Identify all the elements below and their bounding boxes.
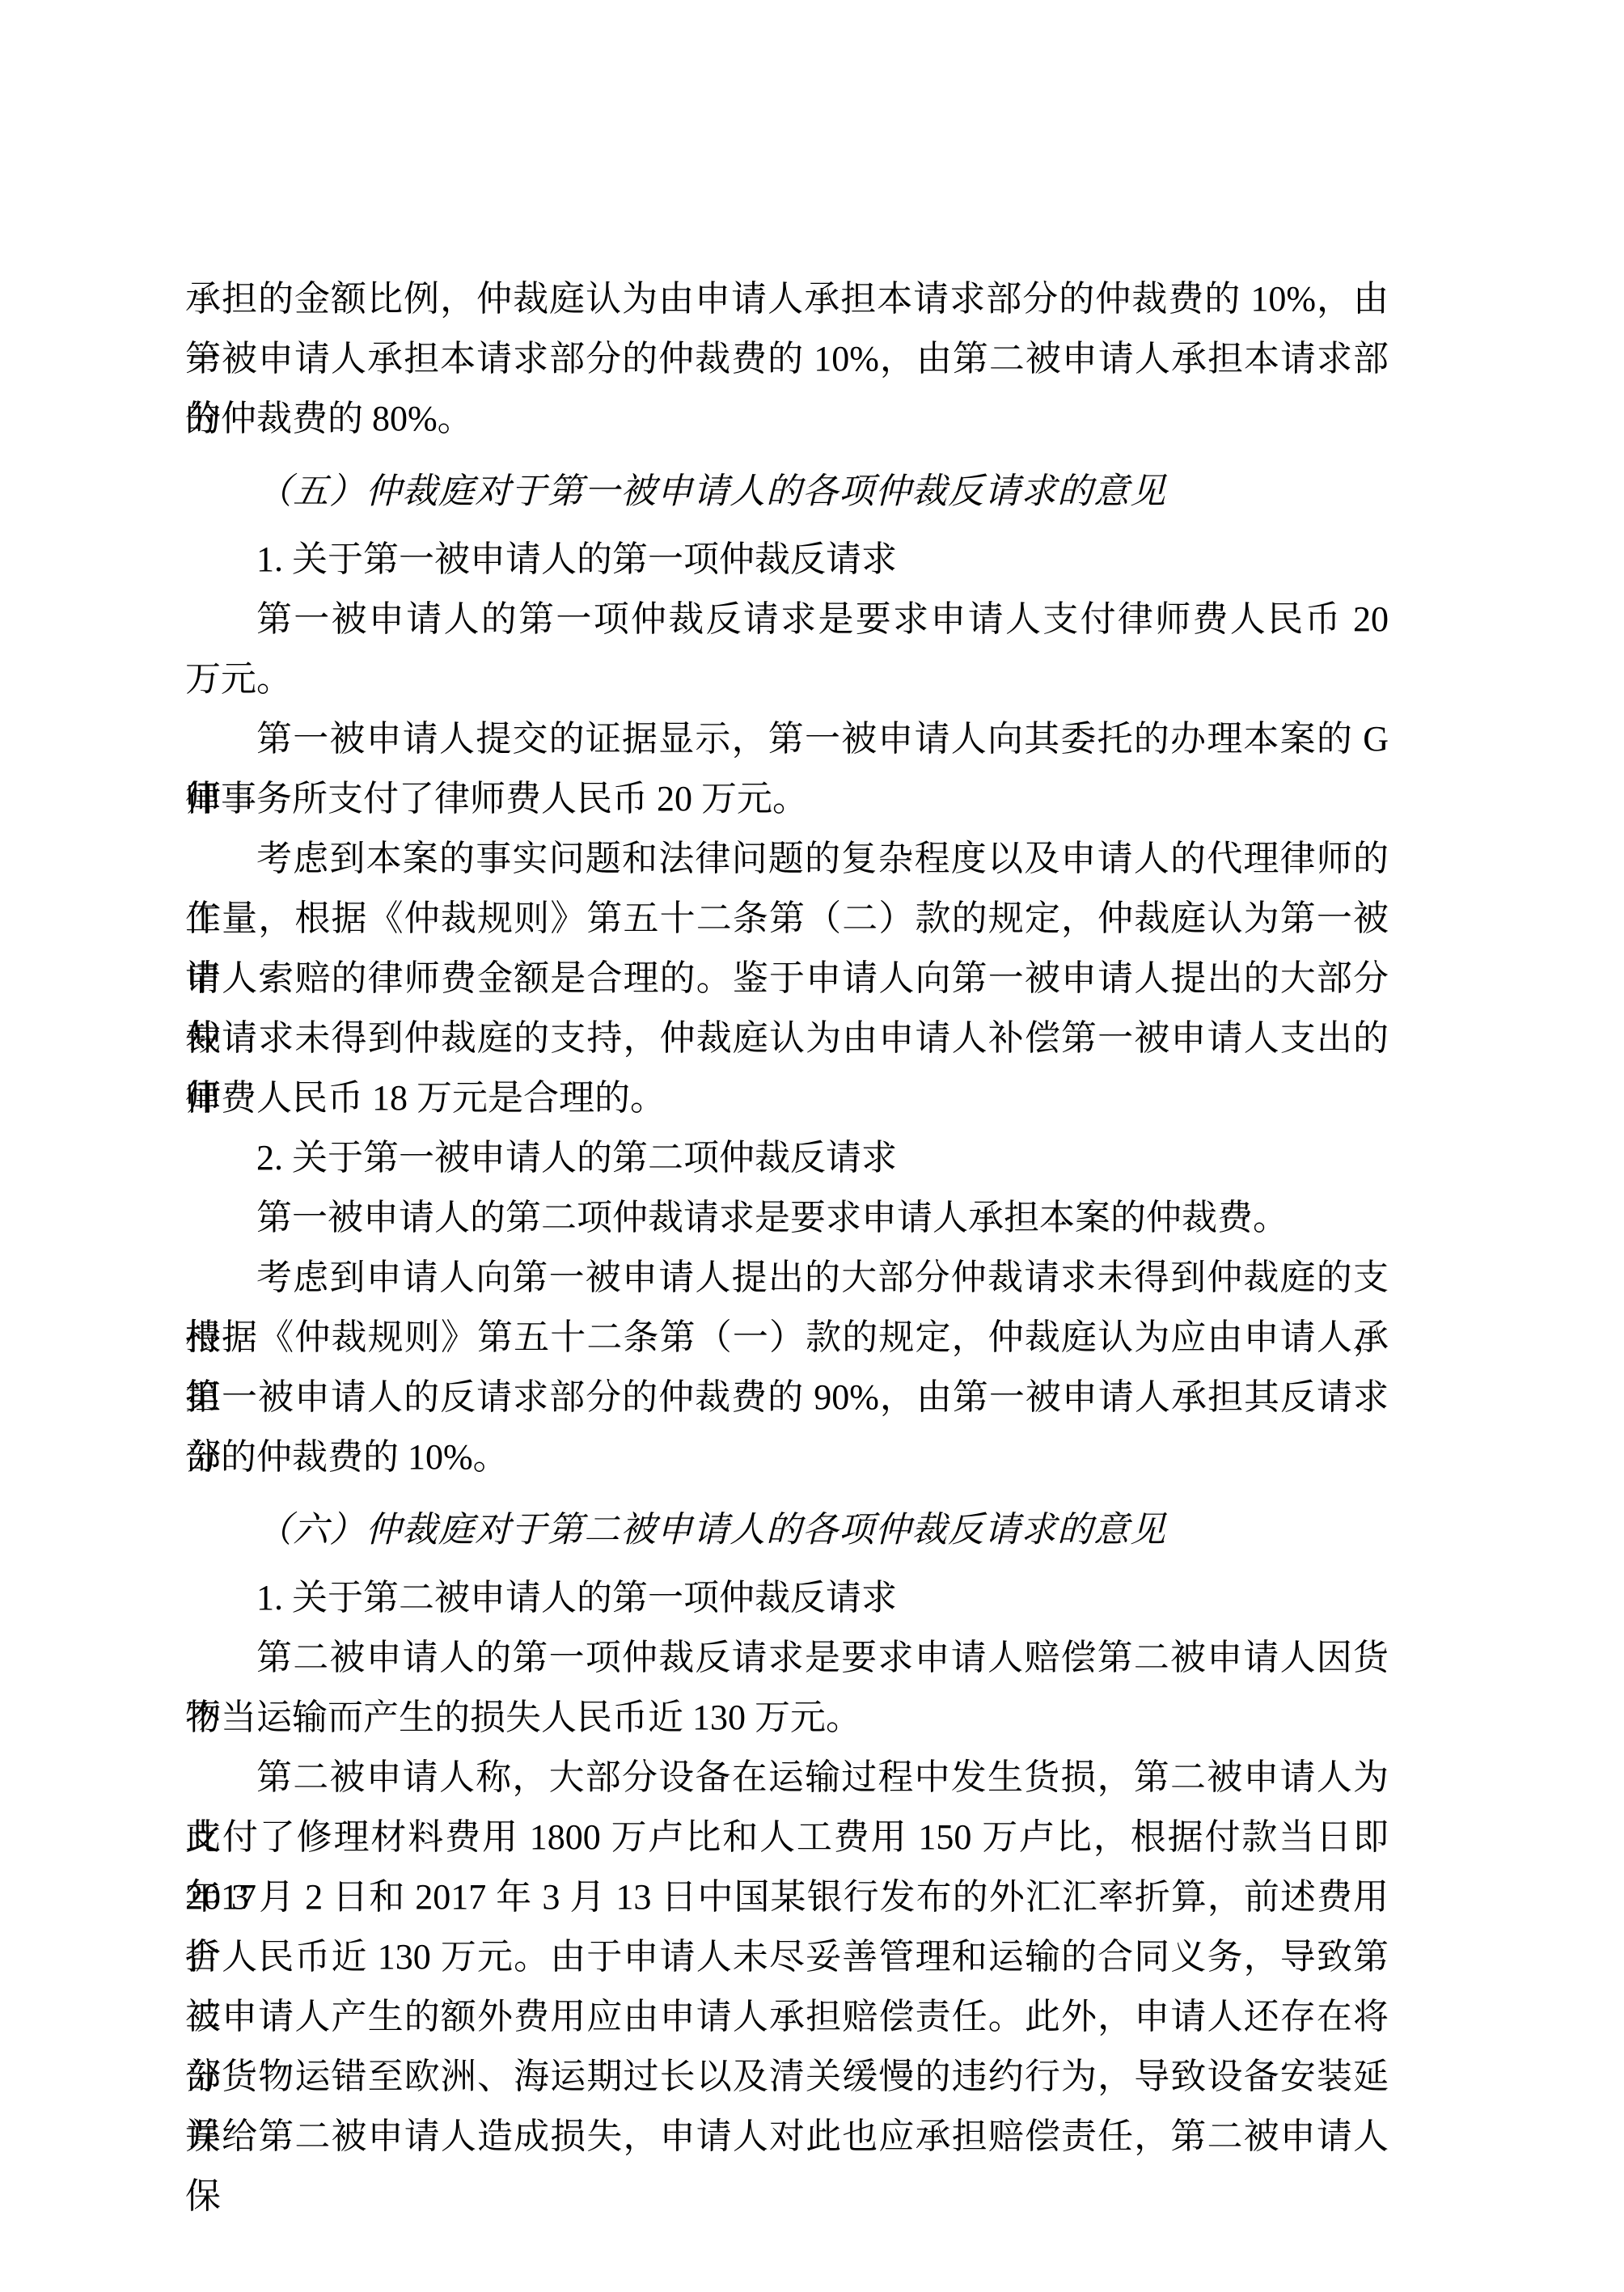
text-line: 并给第二被申请人造成损失，申请人对此也应承担赔偿责任，第二被申请人保 xyxy=(185,2107,1389,2167)
document-page: 承担的金额比例，仲裁庭认为由申请人承担本请求部分的仲裁费的 10%，由第一被申请… xyxy=(0,0,1624,2292)
text-line: 年 3 月 2 日和 2017 年 3 月 13 日中国某银行发布的外汇汇率折算… xyxy=(185,1867,1389,1927)
text-line: 第二被申请人的第一项仲裁反请求是要求申请人赔偿第二被申请人因货物 xyxy=(185,1628,1389,1688)
text-line: 裁请求未得到仲裁庭的支持，仲裁庭认为由申请人补偿第一被申请人支出的律 xyxy=(185,1009,1389,1068)
text-line: 被申请人产生的额外费用应由申请人承担赔偿责任。此外，申请人还存在将部 xyxy=(185,1987,1389,2047)
text-line: 一被申请人承担本请求部分的仲裁费的 10%，由第二被申请人承担本请求部分 xyxy=(185,329,1389,389)
text-line: 1. 关于第一被申请人的第一项仲裁反请求 xyxy=(185,530,1389,590)
text-line: 支付了修理材料费用 1800 万卢比和人工费用 150 万卢比，根据付款当日即 … xyxy=(185,1808,1389,1867)
text-line: 不当运输而产生的损失人民币近 130 万元。 xyxy=(185,1688,1389,1748)
text-line: 第二被申请人称，大部分设备在运输过程中发生货损，第二被申请人为此 xyxy=(185,1748,1389,1808)
text-line: 考虑到申请人向第一被申请人提出的大部分仲裁请求未得到仲裁庭的支持， xyxy=(185,1248,1389,1308)
section-heading: （五）仲裁庭对于第一被申请人的各项仲裁反请求的意见 xyxy=(185,462,1389,522)
text-line: 的仲裁费的 80%。 xyxy=(185,389,1389,449)
text-line: 根据《仲裁规则》第五十二条第（一）款的规定，仲裁庭认为应由申请人承担 xyxy=(185,1308,1389,1368)
text-line: 万元。 xyxy=(185,649,1389,709)
text-line: 2. 关于第一被申请人的第二项仲裁反请求 xyxy=(185,1128,1389,1188)
text-line: 请人索赔的律师费金额是合理的。鉴于申请人向第一被申请人提出的大部分仲 xyxy=(185,949,1389,1009)
document-body: 承担的金额比例，仲裁庭认为由申请人承担本请求部分的仲裁费的 10%，由第一被申请… xyxy=(185,269,1389,2167)
text-line: 第一被申请人的反请求部分的仲裁费的 90%，由第一被申请人承担其反请求部 xyxy=(185,1368,1389,1427)
section-heading: （六）仲裁庭对于第二被申请人的各项仲裁反请求的意见 xyxy=(185,1500,1389,1560)
text-line: 师费人民币 18 万元是合理的。 xyxy=(185,1068,1389,1128)
text-line: 考虑到本案的事实问题和法律问题的复杂程度以及申请人的代理律师的工 xyxy=(185,829,1389,889)
text-line: 第一被申请人的第二项仲裁请求是要求申请人承担本案的仲裁费。 xyxy=(185,1188,1389,1248)
text-line: 承担的金额比例，仲裁庭认为由申请人承担本请求部分的仲裁费的 10%，由第 xyxy=(185,269,1389,329)
text-line: 合人民币近 130 万元。由于申请人未尽妥善管理和运输的合同义务，导致第二 xyxy=(185,1927,1389,1987)
text-line: 分货物运错至欧洲、海运期过长以及清关缓慢的违约行为，导致设备安装延误 xyxy=(185,2047,1389,2107)
text-line: 1. 关于第二被申请人的第一项仲裁反请求 xyxy=(185,1568,1389,1628)
text-line: 第一被申请人提交的证据显示，第一被申请人向其委托的办理本案的 G 律 xyxy=(185,709,1389,769)
text-line: 作量，根据《仲裁规则》第五十二条第（二）款的规定，仲裁庭认为第一被申 xyxy=(185,889,1389,949)
text-line: 第一被申请人的第一项仲裁反请求是要求申请人支付律师费人民币 20 xyxy=(185,590,1389,649)
text-line: 师事务所支付了律师费人民币 20 万元。 xyxy=(185,769,1389,829)
text-line: 分的仲裁费的 10%。 xyxy=(185,1427,1389,1487)
